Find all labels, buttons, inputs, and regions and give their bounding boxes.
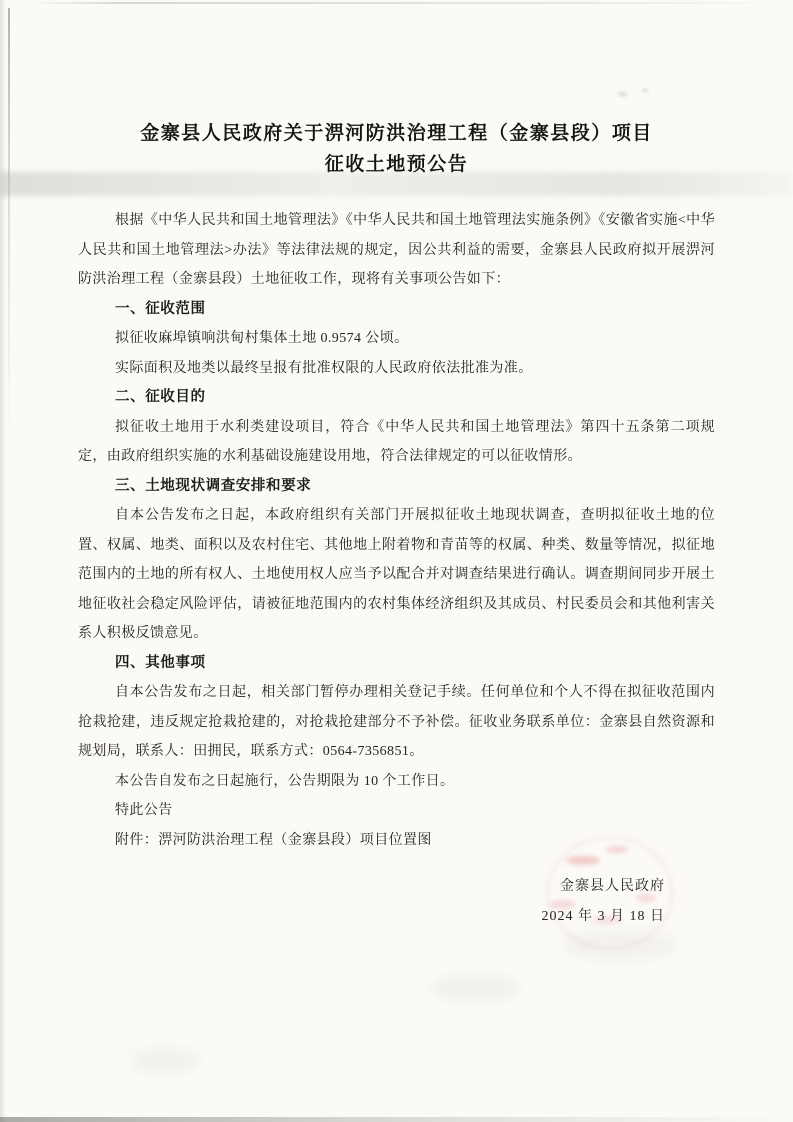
notice-title-line2: 征收土地预公告 — [78, 149, 715, 180]
signature-block: 金寨县人民政府 2024 年 3 月 18 日 — [78, 872, 715, 931]
section-2-heading: 二、征收目的 — [78, 383, 715, 413]
scan-blotch — [130, 1050, 200, 1072]
section-3-heading: 三、土地现状调查安排和要求 — [78, 472, 715, 502]
notice-document: 金寨县人民政府关于淠河防洪治理工程（金寨县段）项目 征收土地预公告 根据《中华人… — [78, 0, 715, 931]
section-4-paragraph-1: 自本公告发布之日起，相关部门暂停办理相关登记手续。任何单位和个人不得在拟征收范围… — [78, 678, 715, 767]
section-2-paragraph-1: 拟征收土地用于水利类建设项目，符合《中华人民共和国土地管理法》第四十五条第二项规… — [78, 413, 715, 472]
intro-paragraph: 根据《中华人民共和国土地管理法》《中华人民共和国土地管理法实施条例》《安徽省实施… — [78, 206, 715, 295]
section-4-heading: 四、其他事项 — [78, 649, 715, 679]
closing-hereby-line: 特此公告 — [78, 796, 715, 826]
notice-title-line1: 金寨县人民政府关于淠河防洪治理工程（金寨县段）项目 — [78, 118, 715, 149]
scanned-notice-page: 金寨县人民政府关于淠河防洪治理工程（金寨县段）项目 征收土地预公告 根据《中华人… — [0, 0, 793, 1122]
scan-bottom-edge-shadow — [0, 1117, 793, 1122]
section-3-paragraph-1: 自本公告发布之日起，本政府组织有关部门开展拟征收土地现状调查，查明拟征收土地的位… — [78, 501, 715, 649]
scan-left-hairline — [8, 8, 10, 438]
closing-effective-line: 本公告自发布之日起施行，公告期限为 10 个工作日。 — [78, 767, 715, 797]
section-1-heading: 一、征收范围 — [78, 295, 715, 325]
notice-title: 金寨县人民政府关于淠河防洪治理工程（金寨县段）项目 征收土地预公告 — [78, 118, 715, 180]
section-1-paragraph-1: 拟征收麻埠镇响洪甸村集体土地 0.9574 公顷。 — [78, 324, 715, 354]
scan-blotch — [430, 975, 520, 1001]
signature-issuer: 金寨县人民政府 — [78, 872, 665, 902]
scan-left-edge-shadow — [0, 0, 6, 1122]
attachment-line: 附件：淠河防洪治理工程（金寨县段）项目位置图 — [78, 826, 715, 856]
signature-date: 2024 年 3 月 18 日 — [78, 902, 665, 932]
section-1-paragraph-2: 实际面积及地类以最终呈报有批准权限的人民政府依法批准为准。 — [78, 354, 715, 384]
scan-blotch — [560, 930, 680, 960]
